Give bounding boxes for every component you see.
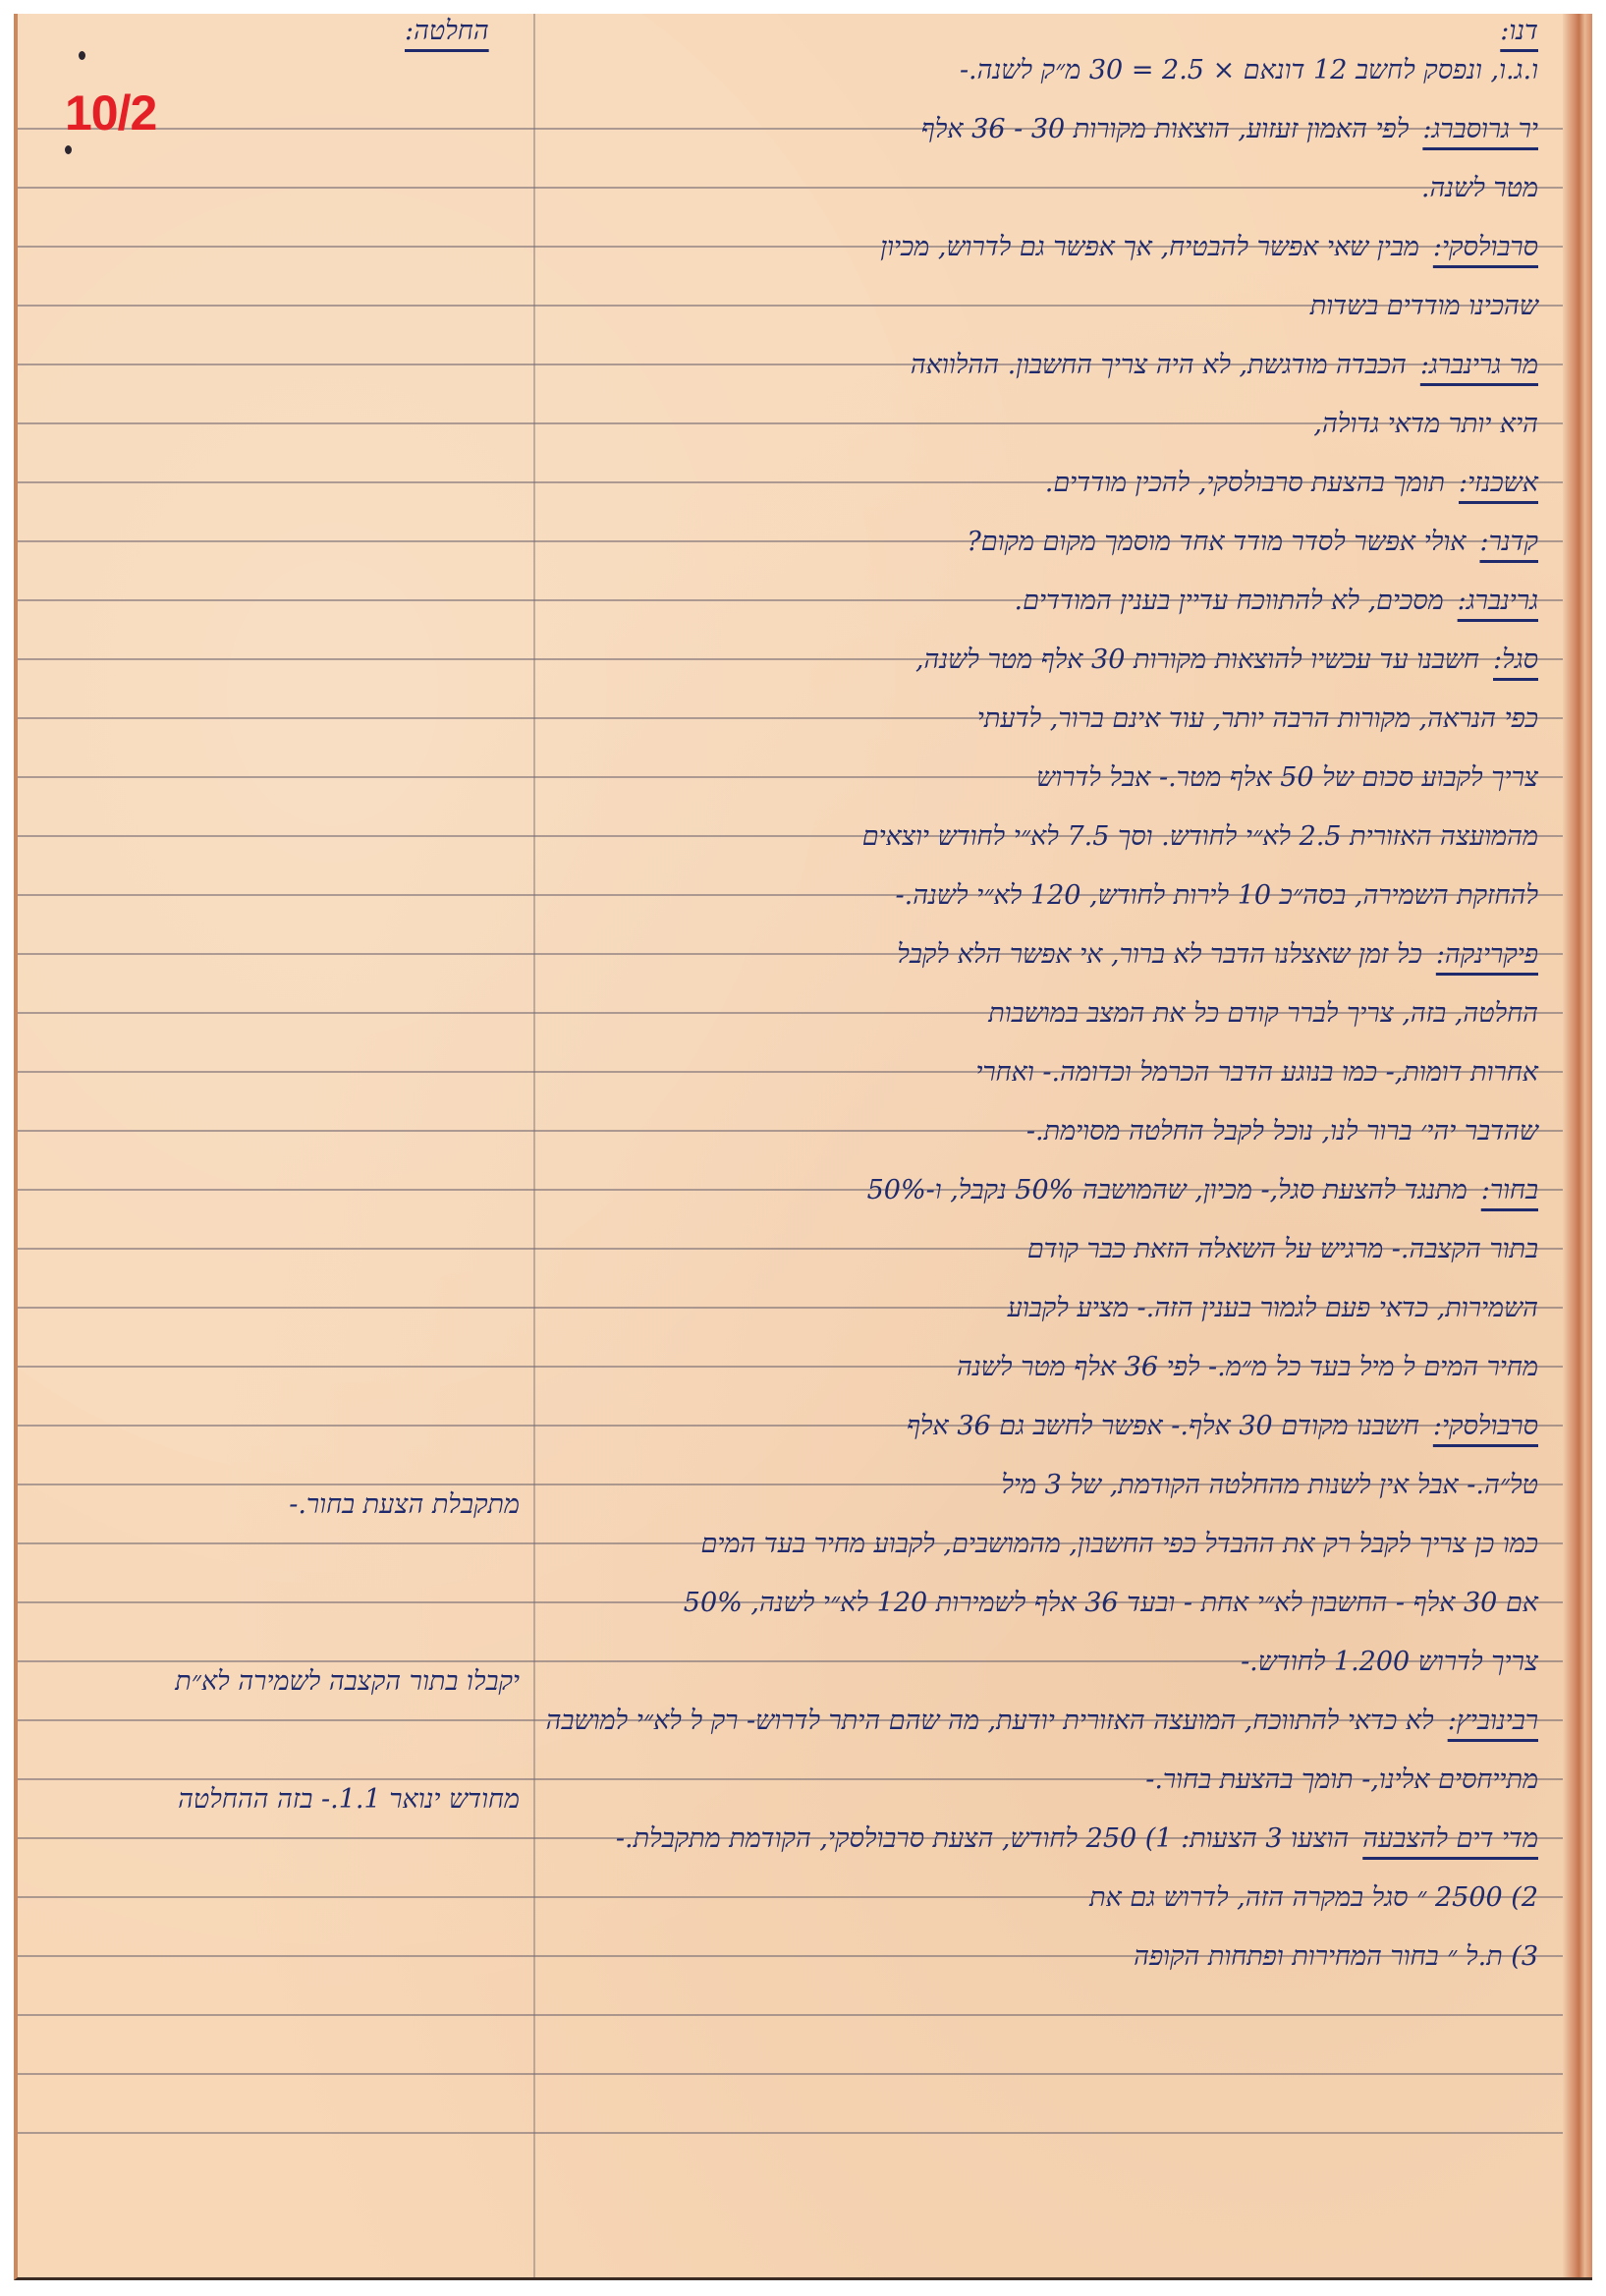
minutes-line: שהכינו מודדים בשדות bbox=[1310, 291, 1538, 321]
minutes-line: להחזקת השמירה, בסה״כ 10 לירות לחודש, 120… bbox=[896, 880, 1539, 911]
notebook-page: 10/2 החלטה: דנו: ו.ג.ו, ונפסק לחשב 12 דו… bbox=[14, 14, 1592, 2280]
minutes-line: מדי דים להצבעההוצעו 3 הצעות: 1) 250 לחוד… bbox=[616, 1823, 1538, 1854]
line-text: מטר לשנה. bbox=[1421, 173, 1538, 203]
decision-margin-note: יקבלו בתור הקצבה לשמירה לא״ת bbox=[175, 1666, 520, 1697]
speaker-name: פיקרינקה: bbox=[1436, 939, 1538, 970]
minutes-line: קדנר:אולי אפשר לסדר מודד אחד מוסמך מקום … bbox=[967, 527, 1538, 557]
section-note: מדי דים להצבעה bbox=[1362, 1823, 1538, 1854]
speaker-name: בחור: bbox=[1481, 1175, 1538, 1205]
line-text: ו.ג.ו, ונפסק לחשב 12 דונאם × 2.5 = 30 מ״… bbox=[960, 55, 1538, 85]
minutes-line: כמו כן צריך לקבל רק את ההבדל כפי החשבון,… bbox=[700, 1529, 1538, 1559]
minutes-line: השמירות, כדאי פעם לגמור בענין הזה.- מציע… bbox=[1008, 1293, 1538, 1323]
line-text: תומך בהצעת סרבולסקי, להכין מודדים. bbox=[1045, 468, 1445, 498]
line-text: לא כדאי להתווכח, המועצה האזורית יודעת, מ… bbox=[546, 1706, 1434, 1736]
line-text: היא יותר מדאי גדולה, bbox=[1313, 409, 1538, 439]
line-text: החלטה, בזה, צריך לברר קודם כל את המצב במ… bbox=[988, 998, 1538, 1029]
speaker-name: סגל: bbox=[1493, 644, 1538, 675]
page-number-label: 10/2 bbox=[65, 84, 156, 141]
line-text: מתנגד להצעת סגל,- מכיון, שהמושבה 50% נקב… bbox=[867, 1175, 1468, 1205]
minutes-line: שהדבר יהי׳ ברור לנו, נוכל לקבל החלטה מסו… bbox=[1026, 1116, 1538, 1147]
minutes-line: בתור הקצבה.- מרגיש על השאלה הזאת כבר קוד… bbox=[1027, 1234, 1538, 1264]
line-text: כל זמן שאצלנו הדבר לא ברור, אי אפשר הלא … bbox=[897, 939, 1422, 970]
margin-column-header: החלטה: bbox=[391, 16, 489, 46]
line-text: מתייחסים אלינו,- תומך בהצעת בחור.- bbox=[1145, 1764, 1538, 1795]
line-text: חשבנו מקודם 30 אלף.- אפשר לחשב גם 36 אלף bbox=[907, 1411, 1419, 1441]
line-text: טל״ה.- אבל אין לשנות מהחלטה הקודמת, של 3… bbox=[1001, 1470, 1538, 1500]
line-text: מסכים, לא להתווכח עדיין בענין המודדים. bbox=[1015, 586, 1444, 616]
minutes-line: 3) ת.ל ״ בחור המחירות ופתחות הקופה bbox=[1134, 1941, 1538, 1972]
line-text: להחזקת השמירה, בסה״כ 10 לירות לחודש, 120… bbox=[896, 880, 1539, 911]
minutes-line: אם 30 אלף - החשבון לא״י אחת - ובעד 36 אל… bbox=[684, 1588, 1538, 1618]
line-text: כמו כן צריך לקבל רק את ההבדל כפי החשבון,… bbox=[700, 1529, 1538, 1559]
line-text: צריך לקבוע סכום של 50 אלף מטר.- אבל לדרו… bbox=[1036, 762, 1538, 793]
speaker-name: רבינוביץ: bbox=[1448, 1706, 1538, 1736]
minutes-line: גרינברג:מסכים, לא להתווכח עדיין בענין המ… bbox=[1015, 586, 1538, 616]
line-text: 3) ת.ל ״ בחור המחירות ופתחות הקופה bbox=[1134, 1941, 1538, 1972]
line-text: כפי הנראה, מקורות הרבה יותר, עוד אינם בר… bbox=[977, 703, 1538, 734]
line-text: הכבדה מודגשת, לא היה צריך החשבון. ההלווא… bbox=[911, 350, 1407, 380]
punch-hole bbox=[79, 51, 85, 60]
minutes-line: טל״ה.- אבל אין לשנות מהחלטה הקודמת, של 3… bbox=[1001, 1470, 1538, 1500]
line-text: מבין שאי אפשר להבטיח, אך אפשר גם לדרוש, … bbox=[880, 232, 1419, 262]
minutes-line: בחור:מתנגד להצעת סגל,- מכיון, שהמושבה 50… bbox=[867, 1175, 1538, 1205]
minutes-line: 2) 2500 ״ סגל במקרה הזה, לדרוש גם את bbox=[1089, 1882, 1538, 1913]
minutes-line: אחרות דומות,- כמו בנוגע הדבר הכרמל וכדומ… bbox=[975, 1057, 1538, 1088]
minutes-line: החלטה, בזה, צריך לברר קודם כל את המצב במ… bbox=[988, 998, 1538, 1029]
line-text: מהמועצה האזורית 2.5 לא״י לחודש. וסך 7.5 … bbox=[862, 821, 1538, 852]
minutes-line: מהמועצה האזורית 2.5 לא״י לחודש. וסך 7.5 … bbox=[862, 821, 1538, 852]
minutes-line: אשכנזי:תומך בהצעת סרבולסקי, להכין מודדים… bbox=[1045, 468, 1538, 498]
line-text: השמירות, כדאי פעם לגמור בענין הזה.- מציע… bbox=[1008, 1293, 1538, 1323]
line-text: אולי אפשר לסדר מודד אחד מוסמך מקום מקום? bbox=[967, 527, 1466, 557]
decision-margin-note: מחודש ינואר 1.1.- בזה ההחלטה bbox=[178, 1784, 520, 1815]
minutes-line: היא יותר מדאי גדולה, bbox=[1313, 409, 1538, 439]
minutes-line: מתייחסים אלינו,- תומך בהצעת בחור.- bbox=[1145, 1764, 1538, 1795]
speaker-name: סרבולסקי: bbox=[1433, 232, 1538, 262]
decision-margin-note: מתקבלת הצעת בחור.- bbox=[289, 1489, 520, 1520]
line-text: אם 30 אלף - החשבון לא״י אחת - ובעד 36 אל… bbox=[684, 1588, 1538, 1618]
speaker-name: גרינברג: bbox=[1458, 586, 1538, 616]
speaker-name: קדנר: bbox=[1479, 527, 1538, 557]
minutes-line: ו.ג.ו, ונפסק לחשב 12 דונאם × 2.5 = 30 מ״… bbox=[960, 55, 1538, 85]
minutes-line: סרבולסקי:חשבנו מקודם 30 אלף.- אפשר לחשב … bbox=[907, 1411, 1538, 1441]
minutes-line: מר גרינברג:הכבדה מודגשת, לא היה צריך החש… bbox=[911, 350, 1538, 380]
line-text: צריך לדרוש 1.200 לחודש.- bbox=[1241, 1647, 1538, 1677]
punch-hole bbox=[65, 145, 72, 154]
main-column-header: דנו: bbox=[1486, 16, 1538, 46]
minutes-line: סרבולסקי:מבין שאי אפשר להבטיח, אך אפשר ג… bbox=[880, 232, 1538, 262]
margin-rule bbox=[533, 14, 535, 2277]
speaker-name: אשכנזי: bbox=[1459, 468, 1538, 498]
line-text: אחרות דומות,- כמו בנוגע הדבר הכרמל וכדומ… bbox=[975, 1057, 1538, 1088]
line-text: 2) 2500 ״ סגל במקרה הזה, לדרוש גם את bbox=[1089, 1882, 1538, 1913]
notebook-spine bbox=[1563, 14, 1592, 2277]
line-text: הוצעו 3 הצעות: 1) 250 לחודש, הצעת סרבולס… bbox=[616, 1823, 1349, 1854]
minutes-line: כפי הנראה, מקורות הרבה יותר, עוד אינם בר… bbox=[977, 703, 1538, 734]
minutes-line: סגל:חשבנו עד עכשיו להוצאות מקורות 30 אלף… bbox=[915, 644, 1538, 675]
minutes-line: מטר לשנה. bbox=[1421, 173, 1538, 203]
line-text: מחיר המים ל מיל בעד כל מ״מ.- לפי 36 אלף … bbox=[957, 1352, 1538, 1382]
minutes-line: יר גרוסברג:לפי האמון זעזוע, הוצאות מקורו… bbox=[921, 114, 1538, 144]
line-text: שהדבר יהי׳ ברור לנו, נוכל לקבל החלטה מסו… bbox=[1026, 1116, 1538, 1147]
minutes-line: רבינוביץ:לא כדאי להתווכח, המועצה האזורית… bbox=[546, 1706, 1538, 1736]
minutes-line: צריך לדרוש 1.200 לחודש.- bbox=[1241, 1647, 1538, 1677]
line-text: חשבנו עד עכשיו להוצאות מקורות 30 אלף מטר… bbox=[915, 644, 1479, 675]
speaker-name: יר גרוסברג: bbox=[1422, 114, 1538, 144]
speaker-name: סרבולסקי: bbox=[1433, 1411, 1538, 1441]
minutes-line: צריך לקבוע סכום של 50 אלף מטר.- אבל לדרו… bbox=[1036, 762, 1538, 793]
line-text: בתור הקצבה.- מרגיש על השאלה הזאת כבר קוד… bbox=[1027, 1234, 1538, 1264]
speaker-name: מר גרינברג: bbox=[1420, 350, 1538, 380]
minutes-line: מחיר המים ל מיל בעד כל מ״מ.- לפי 36 אלף … bbox=[957, 1352, 1538, 1382]
minutes-line: פיקרינקה:כל זמן שאצלנו הדבר לא ברור, אי … bbox=[897, 939, 1538, 970]
line-text: שהכינו מודדים בשדות bbox=[1310, 291, 1538, 321]
line-text: לפי האמון זעזוע, הוצאות מקורות 30 - 36 א… bbox=[921, 114, 1410, 144]
